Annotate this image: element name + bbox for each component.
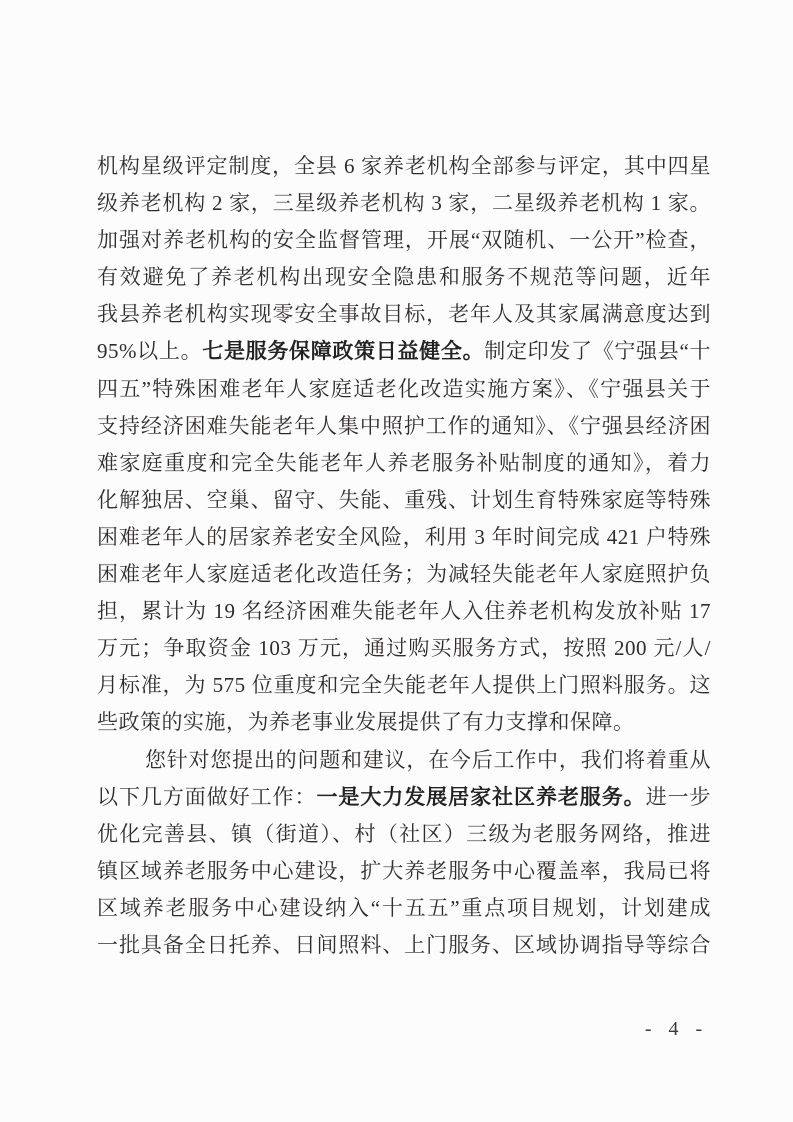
text-segment: 一批具备全日托养、日间照料、上门服务、区域协调指导等综合 bbox=[97, 933, 711, 957]
bold-text-segment: 一是大力发展居家社区养老服务。 bbox=[316, 785, 645, 809]
text-segment: 月标准，为 575 位重度和完全失能老年人提供上门照料服务。这 bbox=[97, 673, 711, 697]
text-segment: 些政策的实施，为养老事业发展提供了有力支撑和保障。 bbox=[97, 710, 635, 734]
text-segment: 级养老机构 2 家，三星级养老机构 3 家，二星级养老机构 1 家。 bbox=[97, 191, 711, 215]
text-line: 支持经济困难失能老年人集中照护工作的通知》、《宁强县经济困 bbox=[97, 408, 711, 445]
page-number: - 4 - bbox=[560, 1018, 793, 1041]
text-line: 机构星级评定制度，全县 6 家养老机构全部参与评定，其中四星 bbox=[97, 148, 711, 185]
text-line: 困难老年人的居家养老安全风险，利用 3 年时间完成 421 户特殊 bbox=[97, 519, 711, 556]
text-line: 有效避免了养老机构出现安全隐患和服务不规范等问题，近年来， bbox=[97, 259, 711, 296]
text-segment: 困难老年人的居家养老安全风险，利用 3 年时间完成 421 户特殊 bbox=[97, 525, 711, 549]
text-segment: 化解独居、空巢、留守、失能、重残、计划生育特殊家庭等特殊 bbox=[97, 488, 711, 512]
text-line: 我县养老机构实现零安全事故目标，老年人及其家属满意度达到 bbox=[97, 296, 711, 333]
text-line: 些政策的实施，为养老事业发展提供了有力支撑和保障。 bbox=[97, 704, 711, 741]
text-segment: 机构星级评定制度，全县 6 家养老机构全部参与评定，其中四星 bbox=[97, 154, 711, 178]
text-line: 镇区域养老服务中心建设，扩大养老服务中心覆盖率，我局已将 bbox=[97, 853, 711, 890]
text-segment: 担，累计为 19 名经济困难失能老年人入住养老机构发放补贴 17 bbox=[97, 599, 711, 623]
text-segment: 困难老年人家庭适老化改造任务；为减轻失能老年人家庭照护负 bbox=[97, 562, 711, 586]
text-line: 担，累计为 19 名经济困难失能老年人入住养老机构发放补贴 17 bbox=[97, 593, 711, 630]
text-segment: 镇区域养老服务中心建设，扩大养老服务中心覆盖率，我局已将 bbox=[97, 859, 711, 883]
text-segment: 区域养老服务中心建设纳入“十五五”重点项目规划，计划建成 bbox=[97, 896, 711, 920]
text-line: 万元；争取资金 103 万元，通过购买服务方式，按照 200 元/人/ bbox=[97, 630, 711, 667]
text-segment: 万元；争取资金 103 万元，通过购买服务方式，按照 200 元/人/ bbox=[97, 636, 711, 660]
text-line: 优化完善县、镇（街道）、村（社区）三级为老服务网络，推进 bbox=[97, 816, 711, 853]
text-line: 加强对养老机构的安全监督管理，开展“双随机、一公开”检查， bbox=[97, 222, 711, 259]
text-line: 难家庭重度和完全失能老年人养老服务补贴制度的通知》，着力 bbox=[97, 445, 711, 482]
text-line: 一批具备全日托养、日间照料、上门服务、区域协调指导等综合 bbox=[97, 927, 711, 964]
document-page: 机构星级评定制度，全县 6 家养老机构全部参与评定，其中四星级养老机构 2 家，… bbox=[0, 0, 793, 1122]
text-segment: 进一步 bbox=[646, 785, 711, 809]
body-text: 机构星级评定制度，全县 6 家养老机构全部参与评定，其中四星级养老机构 2 家，… bbox=[97, 148, 711, 964]
text-segment: 制定印发了《宁强县“十 bbox=[484, 339, 711, 363]
text-line: 级养老机构 2 家，三星级养老机构 3 家，二星级养老机构 1 家。 bbox=[97, 185, 711, 222]
text-segment: 以下几方面做好工作： bbox=[97, 785, 316, 809]
text-line: 四五”特殊困难老年人家庭适老化改造实施方案》、《宁强县关于 bbox=[97, 371, 711, 408]
text-segment: 95%以上。 bbox=[97, 339, 202, 363]
text-segment: 四五”特殊困难老年人家庭适老化改造实施方案》、《宁强县关于 bbox=[97, 377, 711, 401]
text-segment: 您针对您提出的问题和建议，在今后工作中，我们将着重从 bbox=[145, 748, 711, 772]
text-line: 区域养老服务中心建设纳入“十五五”重点项目规划，计划建成 bbox=[97, 890, 711, 927]
text-segment: 优化完善县、镇（街道）、村（社区）三级为老服务网络，推进 bbox=[97, 822, 711, 846]
text-line: 化解独居、空巢、留守、失能、重残、计划生育特殊家庭等特殊 bbox=[97, 482, 711, 519]
text-segment: 我县养老机构实现零安全事故目标，老年人及其家属满意度达到 bbox=[97, 302, 711, 326]
text-line: 月标准，为 575 位重度和完全失能老年人提供上门照料服务。这 bbox=[97, 667, 711, 704]
text-line: 困难老年人家庭适老化改造任务；为减轻失能老年人家庭照护负 bbox=[97, 556, 711, 593]
text-line: 以下几方面做好工作：一是大力发展居家社区养老服务。进一步 bbox=[97, 779, 711, 816]
text-line: 95%以上。七是服务保障政策日益健全。制定印发了《宁强县“十 bbox=[97, 333, 711, 370]
text-segment: 支持经济困难失能老年人集中照护工作的通知》、《宁强县经济困 bbox=[97, 414, 711, 438]
text-segment: 加强对养老机构的安全监督管理，开展“双随机、一公开”检查， bbox=[97, 228, 711, 252]
text-line: 您针对您提出的问题和建议，在今后工作中，我们将着重从 bbox=[97, 742, 711, 779]
bold-text-segment: 七是服务保障政策日益健全。 bbox=[202, 339, 484, 363]
text-segment: 有效避免了养老机构出现安全隐患和服务不规范等问题，近年来， bbox=[97, 265, 711, 296]
text-segment: 难家庭重度和完全失能老年人养老服务补贴制度的通知》，着力 bbox=[97, 451, 711, 475]
